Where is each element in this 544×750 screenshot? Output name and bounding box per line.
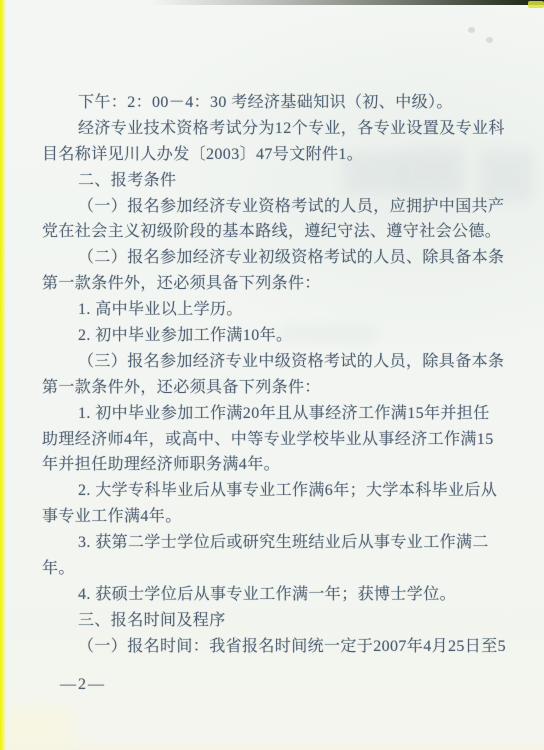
text-line: 1. 初中毕业参加工作满20年且从事经济工作满15年并担任: [42, 401, 504, 427]
text-line: （三）报名参加经济专业中级资格考试的人员，除具备本条: [42, 349, 504, 375]
text-line: 年并担任助理经济师职务满4年。: [42, 452, 504, 478]
scan-top-edge-stripe: [150, 0, 544, 5]
scanned-page: 下午：2：00－4：30 考经济基础知识（初、中级）。经济专业技术资格考试分为1…: [0, 0, 544, 750]
text-line: （一）报名时间：我省报名时间统一定于2007年4月25日至5: [42, 634, 504, 660]
text-line: （一）报名参加经济专业资格考试的人员，应拥护中国共产: [42, 194, 504, 220]
document-body: 下午：2：00－4：30 考经济基础知识（初、中级）。经济专业技术资格考试分为1…: [42, 90, 504, 660]
text-line: 2. 初中毕业参加工作满10年。: [42, 323, 504, 349]
text-line: 1. 高中毕业以上学历。: [42, 297, 504, 323]
text-line: 3. 获第二学士学位后或研究生班结业后从事专业工作满二: [42, 530, 504, 556]
text-line: （二）报名参加经济专业初级资格考试的人员、除具备本条: [42, 245, 504, 271]
text-line: 二、报考条件: [42, 168, 504, 194]
text-line: 党在社会主义初级阶段的基本路线，遵纪守法、遵守社会公德。: [42, 219, 504, 245]
text-line: 三、报名时间及程序: [42, 608, 504, 634]
page-number: —2—: [60, 676, 106, 694]
text-line: 目名称详见川人办发〔2003〕47号文附件1。: [42, 142, 504, 168]
scan-left-edge-stripe: [0, 0, 6, 750]
text-line: 事专业工作满4年。: [42, 504, 504, 530]
text-line: 助理经济师4年，或高中、中等专业学校毕业从事经济工作满15: [42, 427, 504, 453]
text-line: 下午：2：00－4：30 考经济基础知识（初、中级）。: [42, 90, 504, 116]
scan-corner-artifact: [528, 1, 544, 8]
text-line: 经济专业技术资格考试分为12个专业，各专业设置及专业科: [42, 116, 504, 142]
text-line: 第一款条件外，还必须具备下列条件：: [42, 271, 504, 297]
text-line: 4. 获硕士学位后从事专业工作满一年；获博士学位。: [42, 582, 504, 608]
text-line: 2. 大学专科毕业后从事专业工作满6年；大学本科毕业后从: [42, 478, 504, 504]
text-line: 年。: [42, 556, 504, 582]
scan-bottom-edge: [0, 742, 544, 750]
text-line: 第一款条件外，还必须具备下列条件：: [42, 375, 504, 401]
scan-speck: [486, 37, 493, 43]
scan-speck: [468, 27, 475, 33]
